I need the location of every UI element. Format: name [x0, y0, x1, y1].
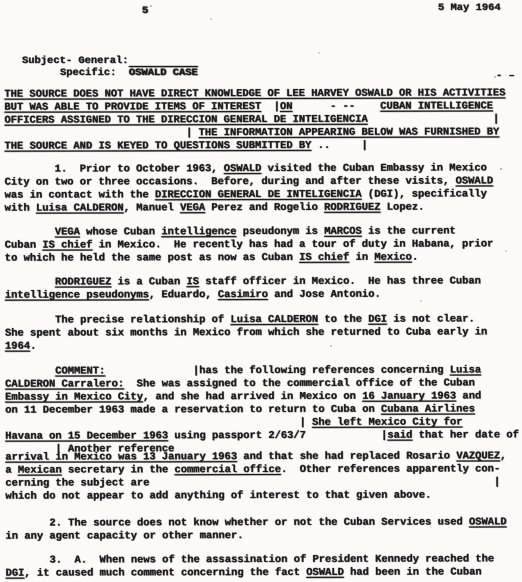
- underlined-text: OSWALD: [306, 567, 344, 579]
- text-line: She spent about six months in Mexico fro…: [5, 326, 522, 340]
- text-line: with Luisa CALDERON, Manuel VEGA Perez a…: [5, 201, 522, 215]
- document-page: 5 5 May 1964 Subject- General: Specific:…: [0, 0, 522, 582]
- text-segment: |: [4, 127, 198, 140]
- subject-specific-label: Specific:: [60, 67, 129, 79]
- text-segment: |: [306, 430, 387, 442]
- underlined-text: THE SOURCE DOES NOT HAVE DIRECT KNOWLEDG…: [4, 87, 505, 100]
- text-segment: , Eduardo,: [149, 289, 218, 301]
- underlined-text: VAZQUEZ: [456, 450, 500, 462]
- text-segment: [5, 227, 55, 239]
- text-segment: |: [5, 417, 312, 430]
- text-segment: visited the Cuban Embassy in Mexico: [261, 162, 487, 175]
- text-segment: ,: [500, 450, 506, 462]
- subject-specific-line: Specific: OSWALD CASE: [60, 67, 198, 79]
- text-segment: was in contact with the: [5, 189, 155, 201]
- text-line: City on two or three occasions. Before, …: [5, 175, 522, 189]
- underlined-text: arrival in Mexico was 13 January 1963: [5, 451, 237, 464]
- underlined-text: RODRIGUEZ: [55, 276, 111, 288]
- document-body: THE SOURCE DOES NOT HAVE DIRECT KNOWLEDG…: [4, 87, 522, 580]
- underlined-text: Havana on 15 December 1963: [5, 430, 168, 442]
- text-segment: a: [5, 465, 18, 477]
- text-segment: , Manuel: [124, 202, 180, 214]
- underlined-text: THE SOURCE AND IS KEYED TO QUESTIONS SUB…: [4, 140, 311, 153]
- text-segment: is not clear.: [387, 313, 475, 325]
- text-segment: with: [5, 203, 36, 215]
- text-segment: |: [149, 476, 500, 489]
- underlined-text: COMMENT:: [55, 365, 105, 377]
- text-line: Embassy in Mexico City, and she had arri…: [5, 390, 522, 404]
- text-segment: [5, 366, 55, 378]
- text-segment: and that she had replaced Rosario: [237, 450, 456, 463]
- text-segment: on 11 December 1963 made a reservation t…: [5, 404, 381, 417]
- text-segment: had been in the Cuban: [344, 566, 482, 578]
- underlined-text: Luisa CALDERON: [230, 314, 318, 326]
- text-line: intelligence pseudonyms, Eduardo, Casimi…: [5, 288, 522, 302]
- text-line: a Mexican secretary in the commercial of…: [5, 463, 522, 477]
- text-line: Havana on 15 December 1963 using passpor…: [5, 429, 522, 443]
- text-segment: pseudonym is: [236, 226, 324, 238]
- underlined-text: CALDERON Carralero:: [5, 378, 124, 390]
- text-segment: |: [261, 101, 280, 113]
- underlined-text: DGI: [6, 568, 25, 580]
- text-line: 2. The source does not know whether or n…: [5, 516, 522, 530]
- text-segment: 2. The source does not know whether or n…: [5, 516, 469, 529]
- text-line: VEGA whose Cuban intelligence pseudonym …: [5, 225, 522, 239]
- text-segment: She spent about six months in Mexico fro…: [5, 326, 487, 339]
- underlined-text: Luisa: [450, 364, 481, 376]
- underlined-text: OFFICERS ASSIGNED TO THE DIRECCION GENER…: [4, 114, 367, 127]
- text-line: RODRIGUEZ is a Cuban IS staff officer in…: [5, 275, 522, 289]
- text-segment: is the current: [362, 225, 456, 237]
- text-segment: |has the following references concerning: [105, 365, 450, 378]
- text-line: COMMENT: |has the following references c…: [5, 364, 522, 378]
- text-segment: is a Cuban: [111, 276, 186, 288]
- text-line: | THE INFORMATION APPEARING BELOW WAS FU…: [4, 126, 521, 140]
- underlined-text: THE INFORMATION APPEARING BELOW WAS FURN…: [199, 126, 500, 139]
- text-segment: 1. Prior to October 1963,: [5, 163, 224, 176]
- text-segment: Perez and Rogelio: [205, 202, 324, 214]
- text-line: | She left Mexico City for: [5, 416, 522, 430]
- text-segment: The precise relationship of: [5, 314, 231, 327]
- text-segment: , it caused much comment concerning the …: [24, 567, 306, 580]
- text-line: 1964.: [5, 339, 522, 353]
- text-segment: to which he held the same post as now as…: [5, 252, 299, 265]
- underlined-text: VEGA: [180, 202, 205, 214]
- text-segment: 3. A. When news of the assassination of …: [6, 553, 495, 566]
- underlined-text: 1964: [5, 341, 30, 353]
- text-segment: . Other references apparently con-: [281, 463, 500, 476]
- text-line: in any agent capacity or other manner.: [6, 529, 522, 543]
- underlined-text: OSWALD: [224, 163, 262, 175]
- underlined-text: intelligence: [161, 226, 236, 238]
- underlined-text: CUBAN INTELLIGENCE: [380, 100, 493, 112]
- page-number: 5: [142, 5, 148, 17]
- underlined-text: Cubana Airlines: [381, 403, 475, 415]
- text-segment: which do not appear to add anything of i…: [5, 490, 431, 503]
- text-line: THE SOURCE DOES NOT HAVE DIRECT KNOWLEDG…: [4, 87, 521, 101]
- text-segment: secretary in the: [62, 464, 175, 476]
- text-segment: that her date of: [412, 429, 519, 441]
- text-line: CALDERON Carralero: She was assigned to …: [5, 377, 522, 391]
- text-segment: whose Cuban: [80, 226, 161, 238]
- text-segment: - --: [293, 101, 381, 113]
- underlined-text: DGI: [368, 314, 387, 326]
- text-line: OFFICERS ASSIGNED TO THE DIRECCION GENER…: [4, 113, 521, 127]
- margin-mark: - –: [496, 70, 515, 82]
- underlined-text: MARCOS: [324, 226, 362, 238]
- text-segment: .. |: [311, 140, 367, 152]
- text-line: Cuban IS chief in Mexico. He recently ha…: [5, 238, 522, 252]
- text-segment: in: [349, 252, 374, 264]
- text-segment: (DGI), specifically: [362, 188, 487, 200]
- underlined-text: VEGA: [55, 226, 80, 238]
- underlined-text: Embassy in Mexico City: [5, 391, 143, 403]
- text-segment: , and she had arrived in Mexico on: [143, 391, 362, 404]
- text-segment: in any agent capacity or other manner.: [6, 530, 244, 543]
- underlined-text: said: [387, 430, 412, 442]
- underlined-text: intelligence pseudonyms: [5, 289, 149, 301]
- underlined-text: Mexico: [374, 252, 412, 264]
- underlined-text: 16 January 1963: [362, 390, 456, 402]
- underlined-text: IS chief: [299, 252, 349, 264]
- underlined-text: IS: [187, 276, 200, 288]
- text-segment: .: [412, 252, 418, 264]
- underlined-text: ON: [280, 101, 293, 113]
- underlined-text: RODRIGUEZ: [324, 202, 380, 214]
- text-line: DGI, it caused much comment concerning t…: [6, 566, 522, 580]
- underlined-text: Casimiro: [218, 289, 268, 301]
- text-segment: cerning the subject are: [5, 477, 149, 489]
- text-line: was in contact with the DIRECCION GENERA…: [5, 188, 522, 202]
- text-segment: .: [30, 341, 36, 353]
- underlined-text: OSWALD: [456, 175, 494, 187]
- text-line: 1. Prior to October 1963, OSWALD visited…: [5, 162, 522, 176]
- text-line: which do not appear to add anything of i…: [5, 489, 522, 503]
- text-segment: staff officer in Mexico. He has three Cu…: [199, 275, 481, 288]
- text-line: arrival in Mexico was 13 January 1963 an…: [5, 450, 522, 464]
- underlined-text: DIRECCION GENERAL DE INTELIGENCIA: [155, 189, 362, 202]
- underlined-text: BUT WAS ABLE TO PROVIDE ITEMS OF INTERES…: [4, 101, 261, 114]
- underlined-text: She left Mexico City for: [312, 416, 462, 428]
- text-line: 3. A. When news of the assassination of …: [6, 553, 522, 567]
- underlined-text: Mexican: [18, 465, 62, 477]
- underlined-text: OSWALD: [469, 516, 507, 528]
- subject-general-label: Subject- General:: [22, 55, 128, 67]
- text-segment: and Jose Antonio.: [268, 289, 381, 301]
- subject-specific-value: OSWALD CASE: [129, 67, 198, 79]
- text-line: to which he held the same post as now as…: [5, 251, 522, 265]
- underlined-text: Luisa CALDERON: [36, 202, 124, 214]
- text-segment: Cuban: [5, 240, 43, 252]
- text-segment: Lopez.: [381, 202, 425, 214]
- text-line: The precise relationship of Luisa CALDER…: [5, 313, 522, 327]
- text-segment: and: [456, 390, 481, 402]
- text-segment: [5, 277, 55, 289]
- text-line: cerning the subject are |: [5, 476, 522, 490]
- text-segment: to the: [318, 314, 368, 326]
- text-segment: City on two or three occasions. Before, …: [5, 175, 456, 188]
- text-segment: using passport 2/63/7: [168, 430, 306, 442]
- text-line: BUT WAS ABLE TO PROVIDE ITEMS OF INTERES…: [4, 100, 521, 114]
- text-segment: She was assigned to the commercial offic…: [124, 377, 475, 390]
- text-segment: in Mexico. He recently has had a tour of…: [92, 238, 493, 251]
- text-line: on 11 December 1963 made a reservation t…: [5, 403, 522, 417]
- document-date: 5 May 1964: [438, 2, 501, 14]
- underlined-text: commercial office: [174, 464, 281, 476]
- text-segment: |: [368, 113, 500, 125]
- underlined-text: IS chief: [42, 239, 92, 251]
- text-line: THE SOURCE AND IS KEYED TO QUESTIONS SUB…: [4, 139, 521, 153]
